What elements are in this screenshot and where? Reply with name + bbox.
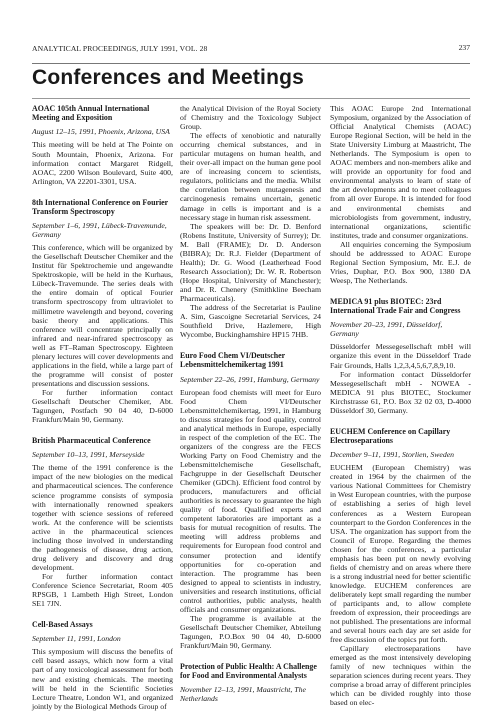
continued-paragraph: the Analytical Division of the Royal Soc… <box>180 104 321 131</box>
section-title: AOAC 105th Annual International Meeting … <box>32 104 173 122</box>
section-title: Euro Food Chem VI/Deutscher Lebensmittel… <box>180 351 321 369</box>
section-date: August 12–15, 1991, Phoenix, Arizona, US… <box>32 127 173 136</box>
section-paragraph: This conference, which will be organized… <box>32 243 173 388</box>
section-protection-public-health: Protection of Public Health: A Challenge… <box>180 662 321 704</box>
section-paragraph: The programme is available at the Gesell… <box>180 614 321 650</box>
section-paragraph: For further information contact Gesellsc… <box>32 388 173 424</box>
continued-paragraph: The speakers will be: Dr. D. Benford (Ro… <box>180 222 321 303</box>
section-paragraph: For further information contact Conferen… <box>32 572 173 608</box>
section-paragraph: European food chemists will meet for Eur… <box>180 388 321 614</box>
section-cell-based-assays: Cell-Based Assays September 11, 1991, Lo… <box>32 620 173 711</box>
section-paragraph: This meeting will be held at The Pointe … <box>32 140 173 185</box>
section-title: Cell-Based Assays <box>32 620 173 629</box>
section-paragraph: Capillary electroseparations have emerge… <box>330 644 471 707</box>
section-date: September 10–13, 1991, Merseyside <box>32 450 173 459</box>
section-paragraph: EUCHEM (European Chemistry) was created … <box>330 463 471 644</box>
section-title: Protection of Public Health: A Challenge… <box>180 662 321 680</box>
section-title: British Pharmaceutical Conference <box>32 436 173 445</box>
section-title: MEDICA 91 plus BIOTEC: 23rd Internationa… <box>330 297 471 315</box>
header-rule <box>32 63 470 64</box>
section-euro-food-chem: Euro Food Chem VI/Deutscher Lebensmittel… <box>180 351 321 650</box>
column-3: This AOAC Europe 2nd International Sympo… <box>330 104 471 708</box>
section-ft-spectroscopy: 8th International Conference on Fourier … <box>32 198 173 424</box>
section-paragraph: The theme of the 1991 conference is the … <box>32 463 173 572</box>
section-date: December 9–11, 1991, Storlien, Sweden <box>330 450 471 459</box>
section-date: September 1–6, 1991, Lübeck-Travemunde, … <box>32 221 173 239</box>
continued-paragraph: The effects of xenobiotic and naturally … <box>180 131 321 221</box>
section-british-pharmaceutical: British Pharmaceutical Conference Septem… <box>32 436 173 608</box>
section-aoac-105th: AOAC 105th Annual International Meeting … <box>32 104 173 186</box>
column-2: the Analytical Division of the Royal Soc… <box>180 104 321 708</box>
continued-paragraph: The address of the Secretariat is Paulin… <box>180 303 321 339</box>
section-euchem-capillary: EUCHEM Conference on Capillary Electrose… <box>330 427 471 708</box>
section-paragraph: This symposium will discuss the benefits… <box>32 647 173 710</box>
section-date: November 20–23, 1991, Düsseldorf, German… <box>330 320 471 338</box>
column-1: AOAC 105th Annual International Meeting … <box>32 104 173 711</box>
page-title: Conferences and Meetings <box>32 66 304 90</box>
section-date: September 11, 1991, London <box>32 634 173 643</box>
continued-paragraph: All enquiries concerning the Symposium s… <box>330 240 471 285</box>
section-paragraph: For information contact Düsseldorfer Mes… <box>330 370 471 415</box>
section-medica-biotec: MEDICA 91 plus BIOTEC: 23rd Internationa… <box>330 297 471 415</box>
section-paragraph: Düsseldorfer Messegesellschaft mbH will … <box>330 342 471 369</box>
section-title: 8th International Conference on Fourier … <box>32 198 173 216</box>
section-title: EUCHEM Conference on Capillary Electrose… <box>330 427 471 445</box>
section-date: November 12–13, 1991, Maastricht, The Ne… <box>180 685 321 703</box>
continued-paragraph: This AOAC Europe 2nd International Sympo… <box>330 104 471 240</box>
title-rule <box>32 98 470 99</box>
page-number: 237 <box>459 43 470 52</box>
section-date: September 22–26, 1991, Hamburg, Germany <box>180 375 321 384</box>
running-head: ANALYTICAL PROCEEDINGS, JULY 1991, VOL. … <box>32 44 470 53</box>
